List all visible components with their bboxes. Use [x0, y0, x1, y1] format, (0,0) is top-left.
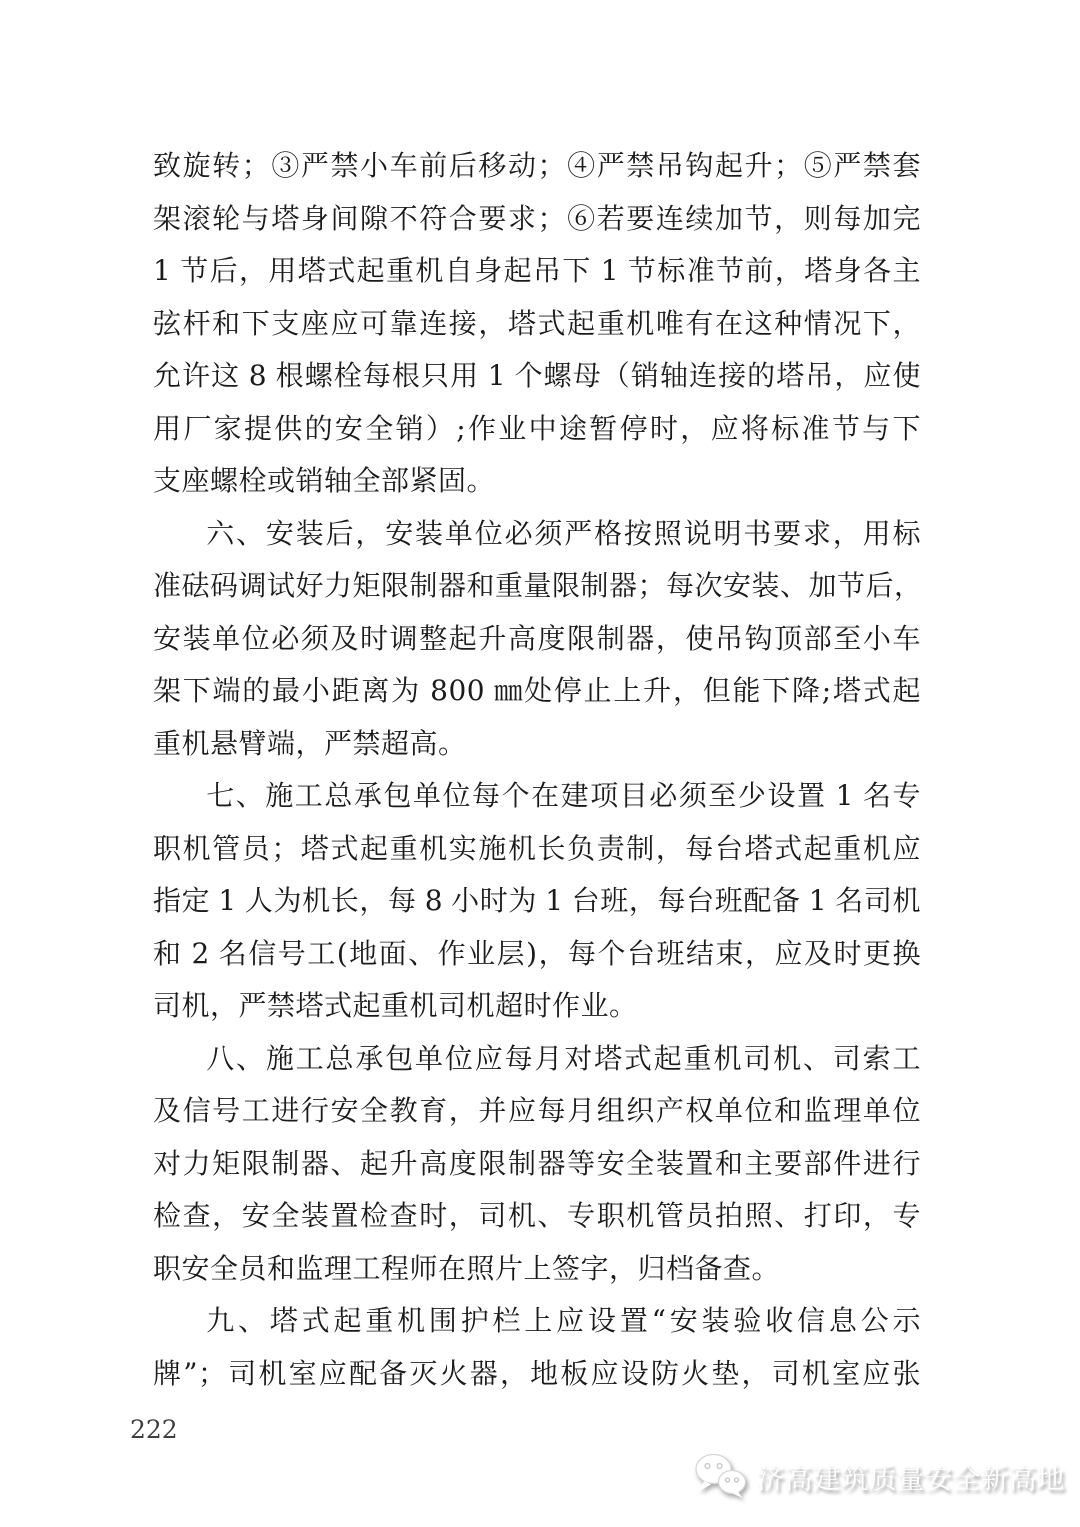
text-line: 七、施工总承包单位每个在建项目必须至少设置 1 名专	[153, 770, 921, 823]
text-line: 弦杆和下支座应可靠连接，塔式起重机唯有在这种情况下，	[153, 298, 921, 351]
page-number: 222	[130, 1416, 178, 1444]
text-line: 架下端的最小距离为 800 ㎜处停止上升，但能下降;塔式起	[153, 665, 921, 718]
text-line: 1 节后，用塔式起重机自身起吊下 1 节标准节前，塔身各主	[153, 245, 921, 298]
text-line: 牌”；司机室应配备灭火器，地板应设防火垫，司机室应张	[153, 1348, 921, 1401]
text-line: 六、安装后，安装单位必须严格按照说明书要求，用标	[153, 508, 921, 561]
text-line: 职机管员；塔式起重机实施机长负责制，每台塔式起重机应	[153, 823, 921, 876]
document-page: 致旋转；③严禁小车前后移动；④严禁吊钩起升；⑤严禁套架滚轮与塔身间隙不符合要求；…	[0, 0, 1080, 1527]
text-line: 支座螺栓或销轴全部紧固。	[153, 455, 921, 508]
text-line: 重机悬臂端，严禁超高。	[153, 718, 921, 771]
text-line: 指定 1 人为机长，每 8 小时为 1 台班，每台班配备 1 名司机	[153, 875, 921, 928]
text-line: 允许这 8 根螺栓每根只用 1 个螺母（销轴连接的塔吊，应使	[153, 350, 921, 403]
text-line: 用厂家提供的安全销）;作业中途暂停时，应将标准节与下	[153, 403, 921, 456]
wechat-watermark: 济高建筑质量安全新高地	[694, 1450, 1065, 1502]
text-line: 准砝码调试好力矩限制器和重量限制器；每次安装、加节后，	[153, 560, 921, 613]
text-line: 及信号工进行安全教育，并应每月组织产权单位和监理单位	[153, 1085, 921, 1138]
text-line: 和 2 名信号工(地面、作业层)，每个台班结束，应及时更换	[153, 928, 921, 981]
text-line: 八、施工总承包单位应每月对塔式起重机司机、司索工	[153, 1033, 921, 1086]
text-line: 安装单位必须及时调整起升高度限制器，使吊钩顶部至小车	[153, 613, 921, 666]
text-line: 九、塔式起重机围护栏上应设置“安装验收信息公示	[153, 1295, 921, 1348]
text-line: 司机，严禁塔式起重机司机超时作业。	[153, 980, 921, 1033]
wechat-icon	[694, 1453, 748, 1499]
watermark-text: 济高建筑质量安全新高地	[757, 1456, 1065, 1496]
text-line: 架滚轮与塔身间隙不符合要求；⑥若要连续加节，则每加完	[153, 193, 921, 246]
text-line: 致旋转；③严禁小车前后移动；④严禁吊钩起升；⑤严禁套	[153, 140, 921, 193]
document-body: 致旋转；③严禁小车前后移动；④严禁吊钩起升；⑤严禁套架滚轮与塔身间隙不符合要求；…	[153, 140, 921, 1400]
text-line: 检查，安全装置检查时，司机、专职机管员拍照、打印，专	[153, 1190, 921, 1243]
text-line: 职安全员和监理工程师在照片上签字，归档备查。	[153, 1243, 921, 1296]
text-line: 对力矩限制器、起升高度限制器等安全装置和主要部件进行	[153, 1138, 921, 1191]
